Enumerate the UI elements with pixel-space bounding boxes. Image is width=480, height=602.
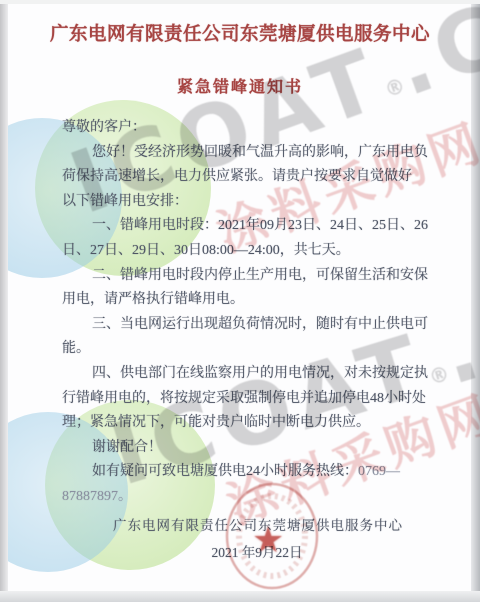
body-line-text: 如有疑问可致电塘厦供电24小时服务热线：: [92, 464, 358, 479]
signature-line: 广东电网有限责任公司东莞塘厦供电服务中心: [18, 514, 480, 534]
body-line-text: 以下错峰用电安排：: [62, 194, 188, 209]
body-line-text: 三、当电网运行出现超负荷情况时，随时有中止供电可: [92, 317, 428, 332]
body-line-text: 尊敬的客户：: [62, 120, 146, 135]
body-line: 三、当电网运行出现超负荷情况时，随时有中止供电可: [62, 313, 434, 338]
body-line: 如有疑问可致电塘厦供电24小时服务热线：0769—: [62, 460, 434, 485]
body-line-text: 谢谢配合！: [92, 440, 162, 455]
body-line: 荷保持高速增长，电力供应紧张。请贵户按要求自觉做好: [62, 165, 434, 190]
body-line: 四、供电部门在线监察用户的用电情况，对未按规定执: [62, 362, 434, 387]
body-line: 您好！受经济形势回暖和气温升高的影响，广东用电负: [62, 141, 434, 166]
date-line: 2021 年9月22日: [17, 541, 480, 561]
document-subtitle: 紧急错峰通知书: [0, 74, 480, 97]
body-line-text: 二、错峰用电时段内停止生产用电，可保留生活和安保: [92, 268, 428, 283]
body-line: 一、错峰用电时段：2021年09月23日、24日、25日、26: [62, 214, 434, 239]
body-line: 以下错峰用电安排：: [62, 190, 434, 215]
body-line-text: 您好！受经济形势回暖和气温升高的影响，广东用电负: [92, 145, 428, 160]
body-line: 谢谢配合！: [62, 436, 434, 461]
body-line-text: 87887897。: [62, 489, 132, 504]
body-line: 二、错峰用电时段内停止生产用电，可保留生活和安保: [62, 264, 434, 289]
body-line-phone: 0769—: [358, 464, 400, 479]
body-line-text: 行错峰用电的，将按规定采取强制停电并追加停电48小时处: [62, 391, 426, 406]
body-line: 日、27日、29日、30日08:00—24:00，共七天。: [62, 239, 434, 264]
body-line-text: 理；紧急情况下，可能对贵户临时中断电力供应。: [62, 415, 370, 430]
body-text: 尊敬的客户：您好！受经济形势回暖和气温升高的影响，广东用电负荷保持高速增长，电力…: [62, 116, 434, 510]
body-line-text: 荷保持高速增长，电力供应紧张。请贵户按要求自觉做好: [62, 169, 412, 184]
body-line: 行错峰用电的，将按规定采取强制停电并追加停电48小时处: [62, 387, 434, 412]
body-line: 87887897。: [62, 485, 434, 510]
body-line: 尊敬的客户：: [62, 116, 434, 141]
body-line-text: 用电，请严格执行错峰用电。: [62, 292, 244, 307]
body-line-text: 一、错峰用电时段：2021年09月23日、24日、25日、26: [92, 218, 428, 233]
body-line-text: 四、供电部门在线监察用户的用电情况，对未按规定执: [92, 366, 428, 381]
body-line: 用电，请严格执行错峰用电。: [62, 288, 434, 313]
notice-photo: 广东电网有限责任公司东莞塘厦供电服务中心 紧急错峰通知书 尊敬的客户：您好！受经…: [0, 0, 480, 602]
document-title: 广东电网有限责任公司东莞塘厦供电服务中心: [0, 20, 480, 46]
notice-document: 广东电网有限责任公司东莞塘厦供电服务中心 紧急错峰通知书 尊敬的客户：您好！受经…: [0, 0, 480, 602]
body-line: 理；紧急情况下，可能对贵户临时中断电力供应。: [62, 411, 434, 436]
body-line: 能。: [62, 337, 434, 362]
body-line-text: 能。: [62, 341, 90, 356]
body-line-text: 日、27日、29日、30日08:00—24:00，共七天。: [62, 243, 350, 258]
